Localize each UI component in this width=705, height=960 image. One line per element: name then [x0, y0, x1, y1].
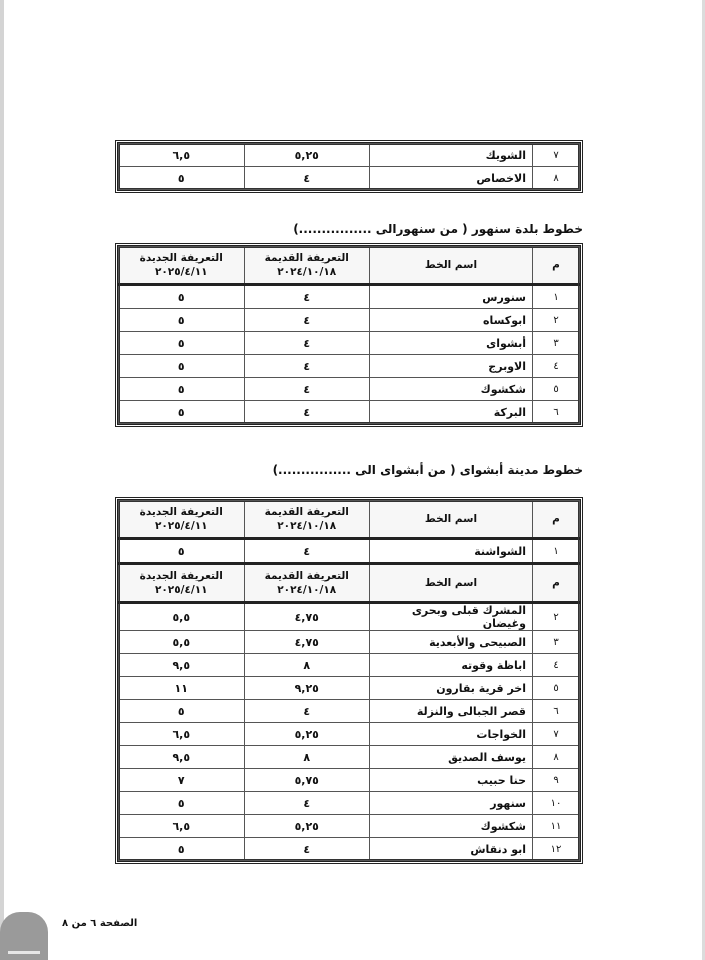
new-tariff-value: ٥ [119, 332, 245, 355]
old-tariff-value: ٥,٧٥ [244, 769, 370, 792]
route-name: الاخصاص [370, 167, 533, 190]
row-number: ١٠ [533, 792, 580, 815]
route-name: الخواجات [370, 723, 533, 746]
table-continued: ٧الشويك٥,٢٥٦,٥٨الاخصاص٤٥ [115, 140, 583, 193]
table-sanhour: م اسم الخط التعريفة القديمة٢٠٢٤/١٠/١٨ ال… [115, 243, 583, 427]
row-number: ٧ [533, 723, 580, 746]
row-number: ٤ [533, 355, 580, 378]
table-header-row: م اسم الخط التعريفة القديمة٢٠٢٤/١٠/١٨ ال… [119, 501, 580, 539]
row-number: ٣ [533, 332, 580, 355]
old-tariff-value: ٤ [244, 700, 370, 723]
new-tariff-value: ٥ [119, 309, 245, 332]
old-tariff-value: ٤ [244, 309, 370, 332]
table-ibshaway: م اسم الخط التعريفة القديمة٢٠٢٤/١٠/١٨ ال… [115, 497, 583, 864]
table-row: ٤اباظة وقوته٨٩,٥ [119, 654, 580, 677]
page-number: الصفحة ٦ من ٨ [62, 918, 137, 929]
old-tariff-value: ٨ [244, 654, 370, 677]
table-row: ٧الخواجات٥,٢٥٦,٥ [119, 723, 580, 746]
table-header-row: م اسم الخط التعريفة القديمة٢٠٢٤/١٠/١٨ ال… [119, 247, 580, 285]
route-name: أبشواى [370, 332, 533, 355]
new-tariff-value: ٥,٥ [119, 631, 245, 654]
route-name: ابو دنقاش [370, 838, 533, 861]
old-tariff-value: ٤ [244, 838, 370, 861]
table-row: ١٠سنهور٤٥ [119, 792, 580, 815]
row-number: ٥ [533, 677, 580, 700]
route-name: اباظة وقوته [370, 654, 533, 677]
row-number: ١ [533, 285, 580, 309]
new-tariff-value: ٦,٥ [119, 815, 245, 838]
route-name: الشواشنة [370, 539, 533, 564]
new-tariff-value: ٥ [119, 285, 245, 309]
col-old-tariff: التعريفة القديمة٢٠٢٤/١٠/١٨ [244, 247, 370, 285]
new-tariff-value: ٥,٥ [119, 603, 245, 631]
col-new-tariff: التعريفة الجديدة٢٠٢٥/٤/١١ [119, 501, 245, 539]
table-header-row-repeat: م اسم الخط التعريفة القديمة٢٠٢٤/١٠/١٨ ال… [119, 564, 580, 603]
new-tariff-value: ١١ [119, 677, 245, 700]
row-number: ٧ [533, 144, 580, 167]
route-name: قصر الجبالى والنزلة [370, 700, 533, 723]
old-tariff-value: ٤ [244, 332, 370, 355]
route-name: البركة [370, 401, 533, 424]
new-tariff-value: ٥ [119, 167, 245, 190]
table-row: ٣الصبيحى والأبعدية٤,٧٥٥,٥ [119, 631, 580, 654]
handle-grip-icon [8, 951, 40, 954]
row-number: ١٢ [533, 838, 580, 861]
col-old-tariff: التعريفة القديمة٢٠٢٤/١٠/١٨ [244, 564, 370, 603]
table-row: ٥شكشوك٤٥ [119, 378, 580, 401]
new-tariff-value: ٦,٥ [119, 144, 245, 167]
new-tariff-value: ٩,٥ [119, 654, 245, 677]
row-number: ١ [533, 539, 580, 564]
row-number: ٢ [533, 309, 580, 332]
old-tariff-value: ٥,٢٥ [244, 815, 370, 838]
table-row: ١٢ابو دنقاش٤٥ [119, 838, 580, 861]
page-edge [0, 0, 4, 960]
old-tariff-value: ٩,٢٥ [244, 677, 370, 700]
col-new-tariff: التعريفة الجديدة٢٠٢٥/٤/١١ [119, 247, 245, 285]
old-tariff-value: ٤,٧٥ [244, 603, 370, 631]
old-tariff-value: ٤ [244, 285, 370, 309]
table-row: ١١شكشوك٥,٢٥٦,٥ [119, 815, 580, 838]
section-heading-ibshaway: خطوط مدينة أبشواى ( من أبشواى الى ......… [273, 463, 583, 477]
row-number: ٩ [533, 769, 580, 792]
table-row: ٦قصر الجبالى والنزلة٤٥ [119, 700, 580, 723]
row-number: ٤ [533, 654, 580, 677]
row-number: ٨ [533, 746, 580, 769]
col-num: م [533, 564, 580, 603]
row-number: ٦ [533, 401, 580, 424]
route-name: سنورس [370, 285, 533, 309]
new-tariff-value: ٧ [119, 769, 245, 792]
col-name: اسم الخط [370, 564, 533, 603]
table-row: ٨الاخصاص٤٥ [119, 167, 580, 190]
new-tariff-value: ٩,٥ [119, 746, 245, 769]
route-name: حنا حبيب [370, 769, 533, 792]
old-tariff-value: ٤ [244, 539, 370, 564]
route-name: ابوكساه [370, 309, 533, 332]
route-name: اخر قرية بقارون [370, 677, 533, 700]
table-row: ٥اخر قرية بقارون٩,٢٥١١ [119, 677, 580, 700]
new-tariff-value: ٥ [119, 401, 245, 424]
table-row: ١سنورس٤٥ [119, 285, 580, 309]
row-number: ١١ [533, 815, 580, 838]
new-tariff-value: ٥ [119, 355, 245, 378]
route-name: الصبيحى والأبعدية [370, 631, 533, 654]
route-name: يوسف الصديق [370, 746, 533, 769]
old-tariff-value: ٥,٢٥ [244, 144, 370, 167]
old-tariff-value: ٨ [244, 746, 370, 769]
old-tariff-value: ٤ [244, 792, 370, 815]
new-tariff-value: ٥ [119, 700, 245, 723]
table-row: ٤الاوبرج٤٥ [119, 355, 580, 378]
old-tariff-value: ٤ [244, 167, 370, 190]
new-tariff-value: ٥ [119, 539, 245, 564]
scroll-handle[interactable] [0, 912, 48, 960]
col-name: اسم الخط [370, 501, 533, 539]
new-tariff-value: ٥ [119, 378, 245, 401]
route-name: شكشوك [370, 378, 533, 401]
row-number: ٢ [533, 603, 580, 631]
old-tariff-value: ٤ [244, 355, 370, 378]
row-number: ٣ [533, 631, 580, 654]
table-row: ٩حنا حبيب٥,٧٥٧ [119, 769, 580, 792]
col-num: م [533, 247, 580, 285]
table-row: ٢المشرك قبلى وبحرى وغيضان٤,٧٥٥,٥ [119, 603, 580, 631]
section-heading-sanhour: خطوط بلدة سنهور ( من سنهورالى ..........… [293, 222, 583, 236]
old-tariff-value: ٤ [244, 378, 370, 401]
new-tariff-value: ٥ [119, 838, 245, 861]
route-name: المشرك قبلى وبحرى وغيضان [370, 603, 533, 631]
col-old-tariff: التعريفة القديمة٢٠٢٤/١٠/١٨ [244, 501, 370, 539]
table-row: ٢ابوكساه٤٥ [119, 309, 580, 332]
route-name: شكشوك [370, 815, 533, 838]
table-row: ٨يوسف الصديق٨٩,٥ [119, 746, 580, 769]
route-name: سنهور [370, 792, 533, 815]
row-number: ٦ [533, 700, 580, 723]
row-number: ٨ [533, 167, 580, 190]
col-num: م [533, 501, 580, 539]
old-tariff-value: ٥,٢٥ [244, 723, 370, 746]
new-tariff-value: ٦,٥ [119, 723, 245, 746]
old-tariff-value: ٤ [244, 401, 370, 424]
table-row: ١الشواشنة٤٥ [119, 539, 580, 564]
col-new-tariff: التعريفة الجديدة٢٠٢٥/٤/١١ [119, 564, 245, 603]
route-name: الاوبرج [370, 355, 533, 378]
col-name: اسم الخط [370, 247, 533, 285]
table-row: ٧الشويك٥,٢٥٦,٥ [119, 144, 580, 167]
old-tariff-value: ٤,٧٥ [244, 631, 370, 654]
table-row: ٦البركة٤٥ [119, 401, 580, 424]
route-name: الشويك [370, 144, 533, 167]
table-row: ٣أبشواى٤٥ [119, 332, 580, 355]
row-number: ٥ [533, 378, 580, 401]
new-tariff-value: ٥ [119, 792, 245, 815]
